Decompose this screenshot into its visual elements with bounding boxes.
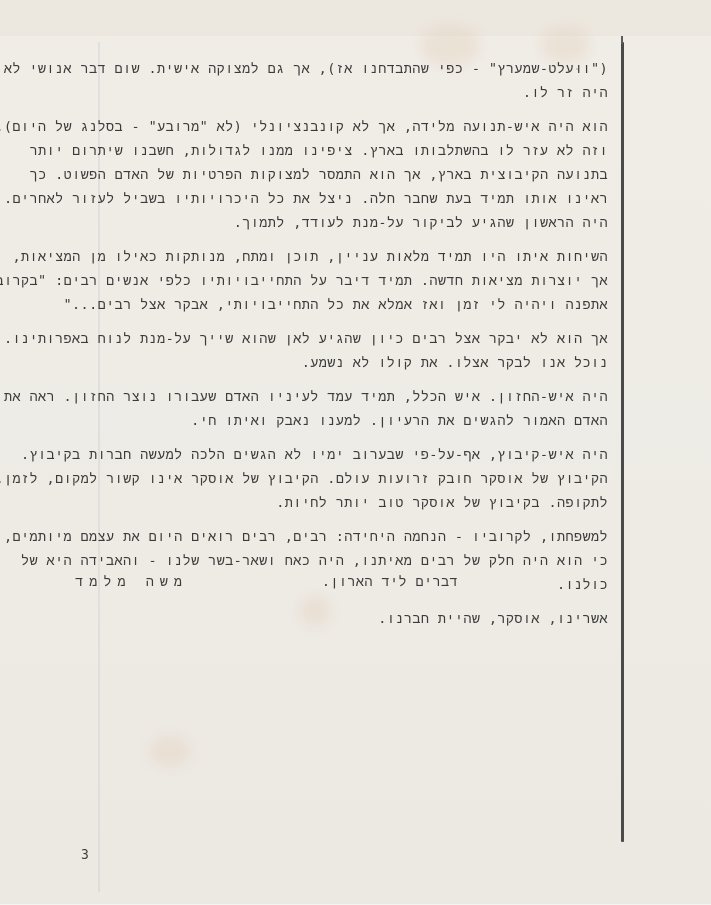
signature-line: דברים ליד הארון. משה מלמד	[80, 570, 608, 594]
paragraph: ("ווּעלט-שמערץ" - כפי שהתבדחנו אז), אך ג…	[80, 57, 608, 105]
text-line: הקיבוץ של אוסקר חובק זרועות עולם. הקיבוץ…	[80, 467, 608, 491]
text-line: הוא היה איש-תנועה מלידה, אך לא קונבנציונ…	[80, 115, 608, 139]
text-line: השיחות איתו היו תמיד מלאות עניין, תוכן ו…	[80, 245, 608, 269]
text-line: היה איש-קיבוץ, אף-על-פי שבערוב ימיו לא ה…	[80, 443, 608, 467]
signature-author: משה מלמד	[75, 570, 188, 594]
text-line: בתנועה הקיבוצית בארץ, אך הוא התמסר למצוק…	[80, 163, 608, 187]
text-line: היה איש-החזון. איש הכלל, תמיד עמד לעיניו…	[80, 385, 608, 409]
text-line: ראינו אותו תמיד בעת שחבר חלה. ניצל את כל…	[80, 187, 608, 211]
paper-stain	[150, 736, 190, 766]
scan-top-strip	[0, 0, 711, 36]
vertical-margin-rule	[621, 42, 624, 842]
text-line: היה זר לו.	[80, 81, 608, 105]
text-line: אשרינו, אוסקר, שהיית חברנו.	[80, 607, 608, 631]
text-line: נוכל אנו לבקר אצלו. את קולו לא נשמע.	[80, 351, 608, 375]
text-line: אך יוצרות מציאות חדשה. תמיד דיבר על התחי…	[80, 269, 608, 293]
text-line: למשפחתו, לקרוביו - הנחמה היחידה: רבים, ר…	[80, 525, 608, 549]
paragraph: אך הוא לא יבקר אצל רבים כיון שהגיע לאן ש…	[80, 327, 608, 375]
document-body: ("ווּעלט-שמערץ" - כפי שהתבדחנו אז), אך ג…	[80, 57, 608, 641]
text-line: לתקופה. בקיבוץ של אוסקר טוב יותר לחיות.	[80, 491, 608, 515]
text-line: האדם האמור להגשים את הרעיון. למענו נאבק …	[80, 409, 608, 433]
text-line: אתפנה ויהיה לי זמן ואז אמלא את כל התחייב…	[80, 293, 608, 317]
paragraph: השיחות איתו היו תמיד מלאות עניין, תוכן ו…	[80, 245, 608, 317]
text-line: ("ווּעלט-שמערץ" - כפי שהתבדחנו אז), אך ג…	[80, 57, 608, 81]
signature-place: דברים ליד הארון.	[322, 570, 458, 594]
page-number: 3	[81, 848, 89, 863]
paragraph: היה איש-קיבוץ, אף-על-פי שבערוב ימיו לא ה…	[80, 443, 608, 515]
paragraph: היה איש-החזון. איש הכלל, תמיד עמד לעיניו…	[80, 385, 608, 433]
text-line: אך הוא לא יבקר אצל רבים כיון שהגיע לאן ש…	[80, 327, 608, 351]
paragraph: הוא היה איש-תנועה מלידה, אך לא קונבנציונ…	[80, 115, 608, 235]
text-line: היה הראשון שהגיע לביקור על-מנת לעודד, לת…	[80, 211, 608, 235]
paragraph: אשרינו, אוסקר, שהיית חברנו.	[80, 607, 608, 631]
text-line: וזה לא עזר לו בהשתלבותו בארץ. ציפינו ממנ…	[80, 139, 608, 163]
